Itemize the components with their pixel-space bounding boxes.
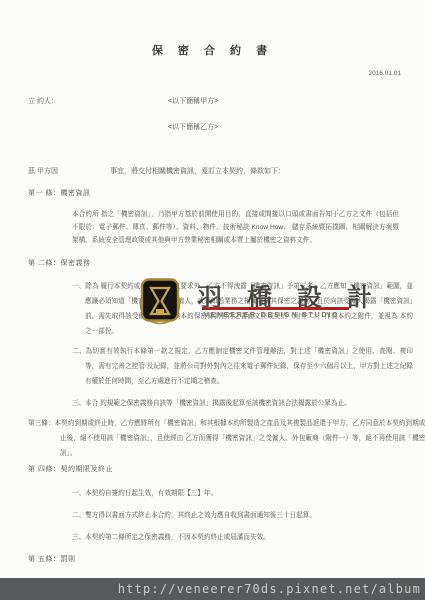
clause-3-paragraph: 第三條：本契約到期或終止時，乙方應將所有「機密資訊」和其根據本約所製造之產品及其… [28, 416, 425, 461]
clause-4-item-2: 二、雙方得以書面方式終止本合約，其終止之效力應自收到書面通知後三十日起算。 [72, 508, 413, 523]
clause-4-item-1: 一、本契約自簽約日起生效，有效期限【三】年。 [72, 486, 413, 501]
party-a-placeholder: <以下簡稱甲方> [168, 96, 218, 106]
clause-1-heading: 第一 條：機密資訊 [28, 188, 90, 198]
footer-url-bar: http://veneerer70ds.pixnet.net/album [0, 578, 425, 600]
clause-4-item-3: 三、本契約第二條所定之保密義務，不因本契約終止或屆滿而失效。 [72, 530, 413, 545]
signatory-label: 立 約人： [28, 98, 58, 105]
party-b-placeholder: <以下簡稱乙方> [168, 122, 218, 132]
preamble-prefix: 茲 甲方因 [28, 168, 58, 175]
page-title: 保 密 合 約 書 [0, 42, 425, 58]
preamble-suffix: 事宜，將交付相關機密資訊，爰訂立本契約，條款如下： [110, 168, 285, 175]
clause-2-item-3: 三、本合 約規範之保密義務自該等「機密資訊」揭露後起算至該機密資訊合法揭露於公眾… [72, 396, 413, 411]
clause-4-heading: 第 四條：契約期限及終止 [28, 464, 113, 474]
document-page: 保 密 合 約 書 2016.01.01 立 約人： <以下簡稱甲方> <以下簡… [0, 0, 425, 600]
signatory-row: 立 約人： <以下簡稱甲方> [28, 96, 58, 106]
document-date: 2016.01.01 [368, 70, 401, 77]
clause-2-heading: 第 二條：保密義務 [28, 258, 90, 268]
clause-2-item-2: 二、為切實有效執行本條第一款之規定，乙方應制定機密文件管理辦法，對上述「機密資訊… [72, 344, 413, 389]
preamble: 茲 甲方因事宜，將交付相關機密資訊，爰訂立本契約，條款如下： [28, 166, 408, 176]
clause-2-item-1: 一、除為 履行本契約或為法規命令之要求外，乙方不得洩露「機密資訊」予第三者，乙方… [72, 279, 413, 339]
clause-5-heading: 第 五條：罰則 [28, 554, 75, 564]
footer-url: http://veneerer70ds.pixnet.net/album [118, 582, 425, 596]
clause-1-body: 本合約所 指之「機密資訊」，乃指甲方基於前開使用目的，直接或間接以口頭或書面告知… [72, 208, 399, 247]
